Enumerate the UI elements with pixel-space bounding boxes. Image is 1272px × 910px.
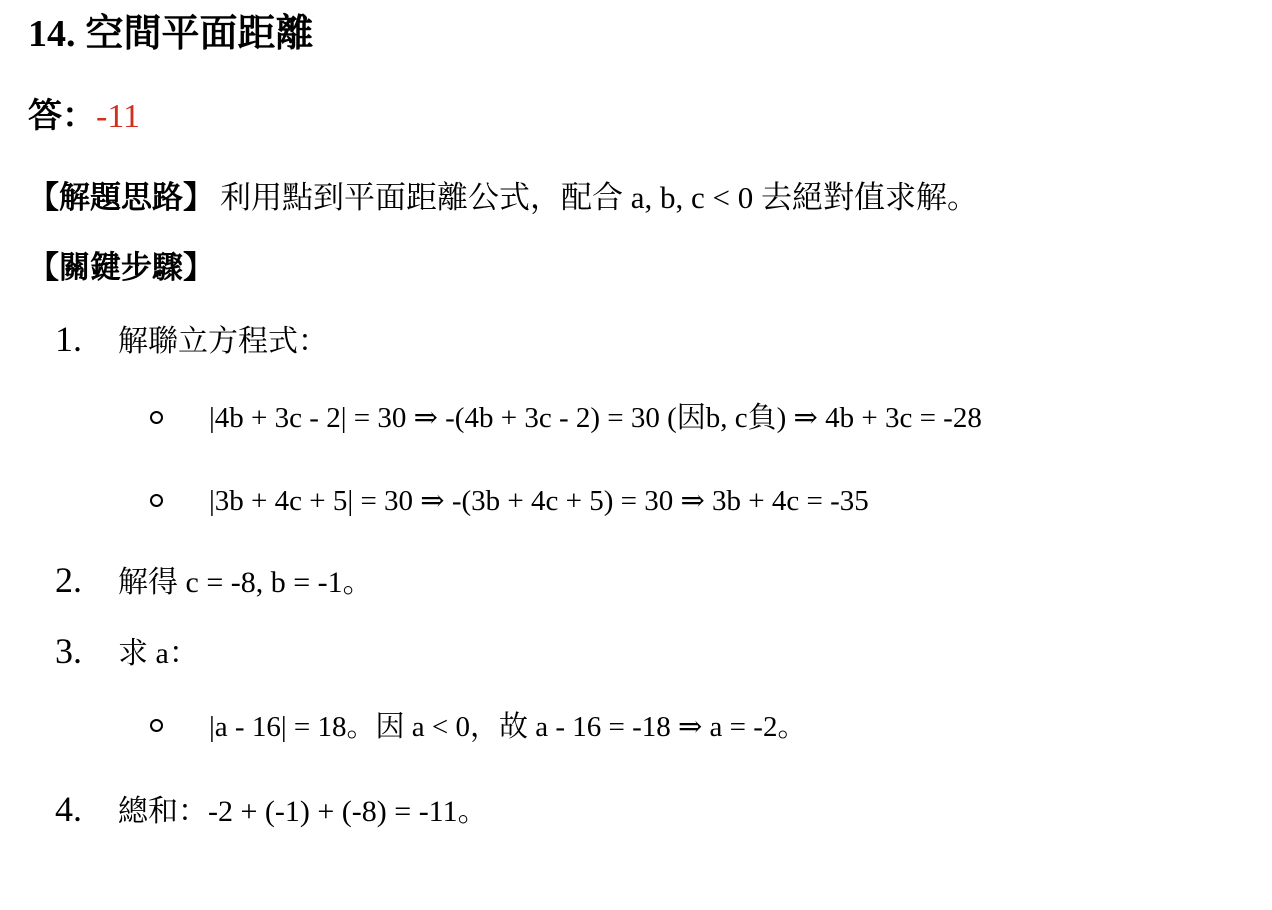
- step-body: 總和：-2 + (-1) + (-8) = -11。: [118, 793, 1242, 831]
- solution-idea-label: 【解題思路】: [28, 180, 214, 215]
- step-body: 求 a： |a - 16| = 18。因 a < 0，故 a - 16 = -1…: [118, 635, 1242, 746]
- solution-idea-line: 【解題思路】利用點到平面距離公式，配合 a, b, c < 0 去絕對值求解。: [28, 179, 1242, 218]
- step-item-4: 4. 總和：-2 + (-1) + (-8) = -11。: [55, 788, 1242, 831]
- step-item-2: 2. 解得 c = -8, b = -1。: [55, 559, 1242, 602]
- step-text: 總和：-2 + (-1) + (-8) = -11。: [118, 793, 1242, 831]
- page-title: 14.空間平面距離: [28, 13, 1242, 57]
- solution-document: 14.空間平面距離 答：-11 【解題思路】利用點到平面距離公式，配合 a, b…: [0, 0, 1272, 910]
- problem-title-text: 空間平面距離: [86, 13, 314, 55]
- equation-text: |4b + 3c - 2| = 30 ⇒ -(4b + 3c - 2) = 30…: [209, 400, 982, 438]
- circle-bullet-icon: [150, 411, 163, 424]
- bullet-item: |4b + 3c - 2| = 30 ⇒ -(4b + 3c - 2) = 30…: [150, 400, 1242, 438]
- step-body: 解聯立方程式： |4b + 3c - 2| = 30 ⇒ -(4b + 3c -…: [118, 323, 1242, 521]
- equation-text: |3b + 4c + 5| = 30 ⇒ -(3b + 4c + 5) = 30…: [209, 483, 869, 521]
- step-sub-bullets: |4b + 3c - 2| = 30 ⇒ -(4b + 3c - 2) = 30…: [118, 400, 1242, 520]
- step-item-3: 3. 求 a： |a - 16| = 18。因 a < 0，故 a - 16 =…: [55, 630, 1242, 746]
- equation-text: |a - 16| = 18。因 a < 0，故 a - 16 = -18 ⇒ a…: [209, 709, 806, 747]
- circle-bullet-icon: [150, 494, 163, 507]
- key-steps-list: 1. 解聯立方程式： |4b + 3c - 2| = 30 ⇒ -(4b + 3…: [28, 318, 1242, 831]
- step-number: 2.: [55, 559, 118, 602]
- step-text: 解聯立方程式：: [118, 323, 1242, 361]
- problem-number: 14.: [28, 13, 76, 55]
- bullet-item: |3b + 4c + 5| = 30 ⇒ -(3b + 4c + 5) = 30…: [150, 483, 1242, 521]
- answer-label: 答：: [28, 98, 96, 135]
- circle-bullet-icon: [150, 719, 163, 732]
- step-number: 1.: [55, 318, 118, 361]
- step-text: 求 a：: [118, 635, 1242, 673]
- key-steps-header: 【關鍵步驟】: [28, 249, 1242, 288]
- step-text: 解得 c = -8, b = -1。: [118, 564, 1242, 602]
- step-body: 解得 c = -8, b = -1。: [118, 564, 1242, 602]
- step-sub-bullets: |a - 16| = 18。因 a < 0，故 a - 16 = -18 ⇒ a…: [118, 709, 1242, 747]
- step-number: 3.: [55, 630, 118, 673]
- bullet-item: |a - 16| = 18。因 a < 0，故 a - 16 = -18 ⇒ a…: [150, 709, 1242, 747]
- step-item-1: 1. 解聯立方程式： |4b + 3c - 2| = 30 ⇒ -(4b + 3…: [55, 318, 1242, 521]
- solution-idea-text: 利用點到平面距離公式，配合 a, b, c < 0 去絕對值求解。: [220, 180, 978, 215]
- step-number: 4.: [55, 788, 118, 831]
- answer-line: 答：-11: [28, 97, 1242, 138]
- answer-value: -11: [96, 98, 140, 135]
